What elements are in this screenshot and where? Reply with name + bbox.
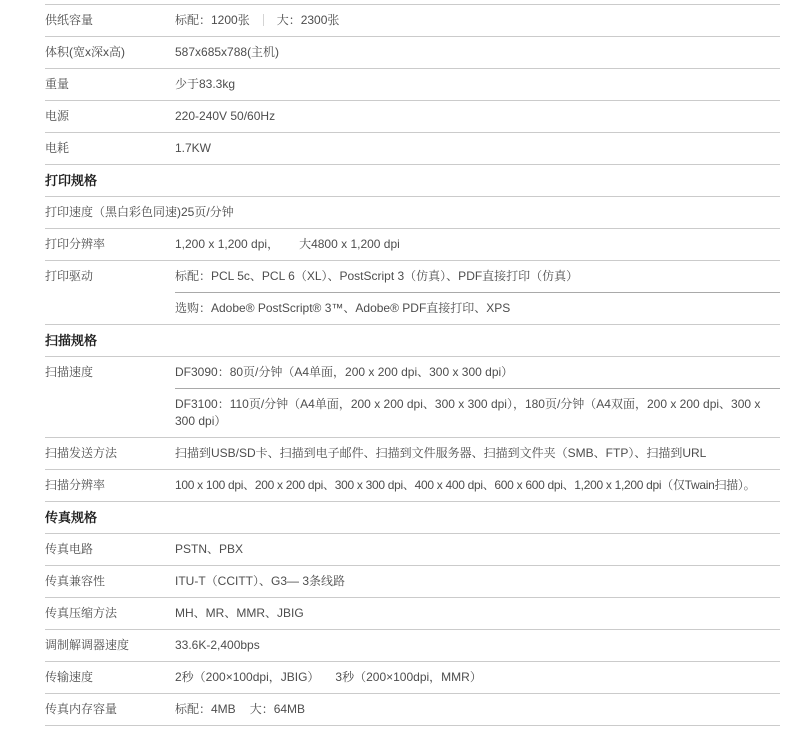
spec-label: 打印分辨率 [45,229,175,260]
spec-value: 标配：1200张大：2300张 [175,5,780,36]
section-title: 打印规格 [45,165,97,196]
spec-value-line: 587x685x788(主机) [175,37,780,68]
spec-label: 电源 [45,101,175,132]
value-segment: 选购：Adobe® PostScript® 3™、Adobe® PDF直接打印、… [175,301,510,315]
value-segment: 1,200 x 1,200 dpi， [175,237,279,251]
spec-row: 电源220-240V 50/60Hz [45,101,780,133]
spec-page: 供纸容量标配：1200张大：2300张体积(宽x深x高)587x685x788(… [0,0,800,741]
value-segment: 标配：PCL 5c、PCL 6（XL）、PostScript 3（仿真）、PDF… [175,269,578,283]
value-divider [263,14,264,26]
spec-row: 供纸容量标配：1200张大：2300张 [45,5,780,37]
value-segment: 3秒（200×100dpi，MMR） [335,670,481,684]
spec-row: 调制解调器速度33.6K-2,400bps [45,630,780,662]
spec-label: 电耗 [45,133,175,164]
value-segment: 标配：4MB [175,702,236,716]
value-segment: MH、MR、MMR、JBIG [175,606,304,620]
spec-label: 传真兼容性 [45,566,175,597]
spec-value-line: 1.7KW [175,133,780,164]
spec-value: 587x685x788(主机) [175,37,780,68]
spec-value: 1.7KW [175,133,780,164]
spec-row: 扫描发送方法扫描到USB/SD卡、扫描到电子邮件、扫描到文件服务器、扫描到文件夹… [45,438,780,470]
value-segment: 100 x 100 dpi、200 x 200 dpi、300 x 300 dp… [175,478,755,492]
spec-value: 扫描到USB/SD卡、扫描到电子邮件、扫描到文件服务器、扫描到文件夹（SMB、F… [175,438,780,469]
spec-value: 标配：4MB大：64MB [175,694,780,725]
spec-value: 100 x 100 dpi、200 x 200 dpi、300 x 300 dp… [175,470,780,501]
spec-value-line: DF3090：80页/分钟（A4单面，200 x 200 dpi、300 x 3… [175,357,780,388]
spec-value-line: 220-240V 50/60Hz [175,101,780,132]
spec-value-line: 100 x 100 dpi、200 x 200 dpi、300 x 300 dp… [175,470,780,501]
value-segment: 大4800 x 1,200 dpi [299,237,400,251]
spec-label: 打印驱动 [45,261,175,324]
spec-label: 供纸容量 [45,5,175,36]
full-span-row: 打印速度（黑白彩色同速)25页/分钟 [45,197,780,229]
spec-row: 传真内存容量标配：4MB大：64MB [45,694,780,726]
value-segment: 220-240V 50/60Hz [175,109,275,123]
spec-label: 体积(宽x深x高) [45,37,175,68]
spec-label: 传真压缩方法 [45,598,175,629]
spec-label: 扫描发送方法 [45,438,175,469]
row-text: 打印速度（黑白彩色同速)25页/分钟 [45,197,234,228]
value-segment: 大：64MB [250,702,305,716]
spec-value-line: 扫描到USB/SD卡、扫描到电子邮件、扫描到文件服务器、扫描到文件夹（SMB、F… [175,438,780,469]
spec-label: 重量 [45,69,175,100]
spec-row: 打印驱动标配：PCL 5c、PCL 6（XL）、PostScript 3（仿真）… [45,261,780,325]
spec-row: 传真兼容性ITU-T（CCITT）、G3— 3条线路 [45,566,780,598]
spec-value: 2秒（200×100dpi，JBIG）3秒（200×100dpi，MMR） [175,662,780,693]
value-segment: 33.6K-2,400bps [175,638,260,652]
section-title: 扫描规格 [45,325,97,356]
section-title: 传真规格 [45,502,97,533]
section-header-row: 传真规格 [45,502,780,534]
spec-value: DF3090：80页/分钟（A4单面，200 x 200 dpi、300 x 3… [175,357,780,437]
spec-value: 少于83.3kg [175,69,780,100]
value-segment: 2秒（200×100dpi，JBIG） [175,670,319,684]
value-segment: ITU-T（CCITT）、G3— 3条线路 [175,574,345,588]
spec-row: 电耗1.7KW [45,133,780,165]
spec-row: 传真压缩方法MH、MR、MMR、JBIG [45,598,780,630]
spec-value-line: 标配：PCL 5c、PCL 6（XL）、PostScript 3（仿真）、PDF… [175,261,780,292]
spec-value-line: PSTN、PBX [175,534,780,565]
spec-value: 33.6K-2,400bps [175,630,780,661]
value-segment: 587x685x788(主机) [175,45,279,59]
spec-value-line: ITU-T（CCITT）、G3— 3条线路 [175,566,780,597]
section-header-row: 打印规格 [45,165,780,197]
value-segment: PSTN、PBX [175,542,243,556]
spec-row: 体积(宽x深x高)587x685x788(主机) [45,37,780,69]
spec-value-line: 少于83.3kg [175,69,780,100]
value-segment: DF3090：80页/分钟（A4单面，200 x 200 dpi、300 x 3… [175,365,513,379]
spec-value: 标配：PCL 5c、PCL 6（XL）、PostScript 3（仿真）、PDF… [175,261,780,324]
spec-value-line: DF3100：110页/分钟（A4单面，200 x 200 dpi、300 x … [175,388,780,437]
value-segment: 1.7KW [175,141,211,155]
spec-value-line: 标配：4MB大：64MB [175,694,780,725]
value-segment: 扫描到USB/SD卡、扫描到电子邮件、扫描到文件服务器、扫描到文件夹（SMB、F… [175,446,706,460]
spec-row: 传输速度2秒（200×100dpi，JBIG）3秒（200×100dpi，MMR… [45,662,780,694]
section-header-row: 扫描规格 [45,325,780,357]
value-segment: 标配：1200张 [175,13,250,27]
spec-label: 扫描速度 [45,357,175,437]
spec-label: 传真内存容量 [45,694,175,725]
spec-label: 调制解调器速度 [45,630,175,661]
value-segment: 大：2300张 [277,13,340,27]
spec-value: 1,200 x 1,200 dpi，大4800 x 1,200 dpi [175,229,780,260]
spec-value: 220-240V 50/60Hz [175,101,780,132]
spec-label: 传真电路 [45,534,175,565]
value-segment: 少于83.3kg [175,77,235,91]
spec-value: ITU-T（CCITT）、G3— 3条线路 [175,566,780,597]
spec-value-line: 标配：1200张大：2300张 [175,5,780,36]
value-segment: DF3100：110页/分钟（A4单面，200 x 200 dpi、300 x … [175,397,760,428]
spec-row: 打印分辨率1,200 x 1,200 dpi，大4800 x 1,200 dpi [45,229,780,261]
spec-value-line: 选购：Adobe® PostScript® 3™、Adobe® PDF直接打印、… [175,292,780,324]
spec-row: 重量少于83.3kg [45,69,780,101]
spec-value-line: MH、MR、MMR、JBIG [175,598,780,629]
spec-value: MH、MR、MMR、JBIG [175,598,780,629]
spec-value: PSTN、PBX [175,534,780,565]
spec-label: 扫描分辨率 [45,470,175,501]
spec-row: 扫描速度DF3090：80页/分钟（A4单面，200 x 200 dpi、300… [45,357,780,438]
spec-row: 扫描分辨率100 x 100 dpi、200 x 200 dpi、300 x 3… [45,470,780,502]
spec-row: 传真电路PSTN、PBX [45,534,780,566]
spec-value-line: 1,200 x 1,200 dpi，大4800 x 1,200 dpi [175,229,780,260]
spec-value-line: 33.6K-2,400bps [175,630,780,661]
spec-value-line: 2秒（200×100dpi，JBIG）3秒（200×100dpi，MMR） [175,662,780,693]
spec-table: 供纸容量标配：1200张大：2300张体积(宽x深x高)587x685x788(… [45,4,780,726]
spec-label: 传输速度 [45,662,175,693]
